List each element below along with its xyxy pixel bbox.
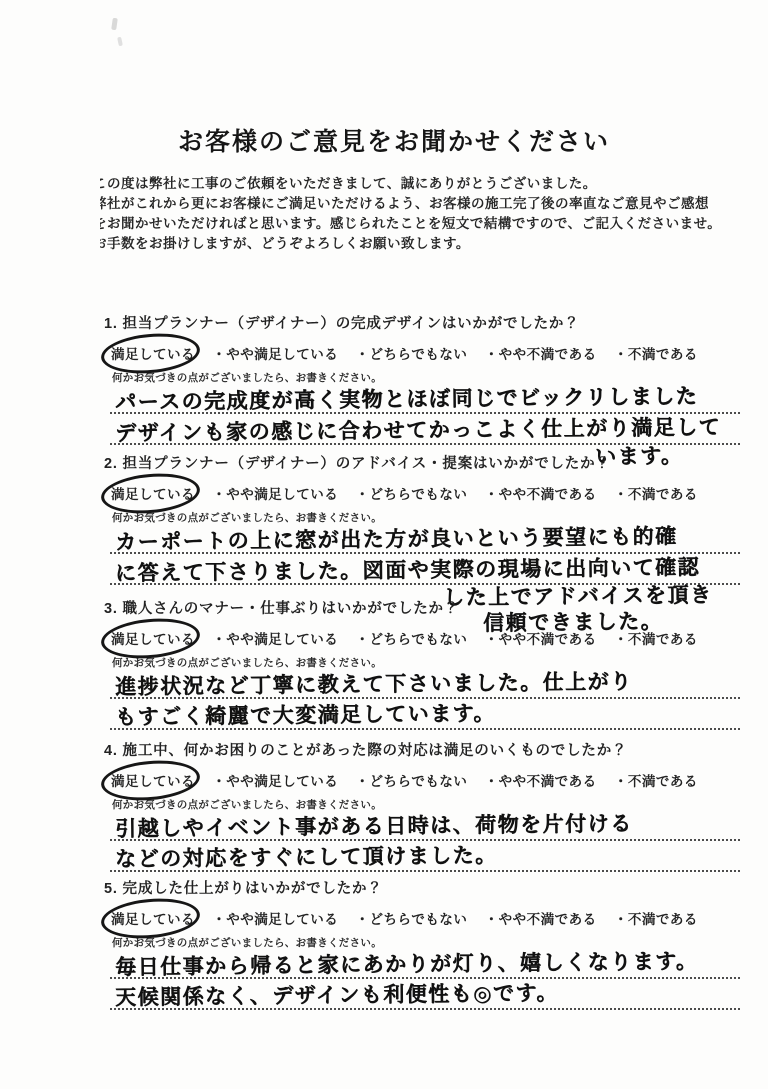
question-block-3: 3. 職人さんのマナー・仕事ぶりはいかがでしたか？ 満足している ・やや満足して… [0,597,768,730]
option-satisfied-selected: 満足している [111,483,195,503]
handwritten-answer: カーポートの上に窓が出た方が良いという要望にも的確 [115,520,678,556]
question-text: 担当プランナー（デザイナー）のアドバイス・提案はいかがでしたか？ [123,456,611,472]
option-label: ・やや不満である [485,483,597,503]
option-label: ・やや満足している [212,343,338,363]
option-label: ・どちらでもない [356,343,468,363]
question-text: 施工中、何かお困りのことがあった際の対応は満足のいくものでしたか？ [123,743,628,759]
option-satisfied-selected: 満足している [111,770,195,790]
question-block-4: 4. 施工中、何かお困りのことがあった際の対応は満足のいくものでしたか？ 満足し… [0,739,768,872]
answer-writing-line: 引越しやイベント事がある日時は、荷物を片付ける [110,810,740,841]
option-label: ・やや満足している [212,770,338,790]
option-label: ・やや満足している [212,628,338,648]
answer-writing-line: 天候関係なく、デザインも利便性も◎です。 [110,979,740,1010]
option-label: ・不満である [614,908,698,928]
question-title: 2. 担当プランナー（デザイナー）のアドバイス・提案はいかがでしたか？ [104,452,768,470]
scan-artifact [111,18,118,31]
question-title: 1. 担当プランナー（デザイナー）の完成デザインはいかがでしたか？ [104,312,768,330]
intro-line: この度は弊社に工事のご依頼をいただきまして、誠にありがとうございました。 [100,174,748,194]
question-number: 5. [104,881,118,897]
option-label: ・やや満足している [212,908,338,928]
question-block-5: 5. 完成した仕上がりはいかがでしたか？ 満足している ・やや満足している ・ど… [0,877,768,1010]
intro-line: 弊社がこれから更にお客様にご満足いただけるよう、お客様の施工完了後の率直なご意見… [100,194,748,214]
options-row: 満足している ・やや満足している ・どちらでもない ・やや不満である ・不満であ… [111,908,768,927]
intro-line: をお聞かせいただければと思います。感じられたことを短文で結構ですので、ご記入くだ… [100,214,748,234]
answer-writing-line: 毎日仕事から帰ると家にあかりが灯り、嬉しくなります。 [110,948,740,979]
handwritten-answer: 天候関係なく、デザインも利便性も◎です。 [115,977,559,1012]
option-label: 満足している [111,347,195,362]
option-satisfied-selected: 満足している [111,343,195,363]
option-label: ・不満である [614,483,698,503]
option-label: ・やや不満である [485,343,597,363]
option-label: ・どちらでもない [356,483,468,503]
answer-writing-line: カーポートの上に窓が出た方が良いという要望にも的確 [110,523,740,554]
question-block-2: 2. 担当プランナー（デザイナー）のアドバイス・提案はいかがでしたか？ 満足して… [0,452,768,585]
option-label: ・不満である [614,343,698,363]
option-label: ・不満である [614,628,698,648]
answer-writing-line: もすごく綺麗で大変満足しています。 [110,699,740,730]
question-number: 4. [104,743,118,759]
note-prompt: 何かお気づきの点がございましたら、お書きください。 [112,655,768,668]
option-label: ・不満である [614,770,698,790]
option-label: ・どちらでもない [356,770,468,790]
answer-writing-line: などの対応をすぐにして頂けました。 [110,841,740,872]
option-label: 満足している [111,487,195,502]
page-title: お客様のご意見をお聞かせください [34,122,754,158]
options-row: 満足している ・やや満足している ・どちらでもない ・やや不満である ・不満であ… [111,628,768,647]
option-label: ・やや不満である [485,908,597,928]
answer-writing-line: パースの完成度が高く実物とほぼ同じでビックリしました [110,383,740,414]
handwritten-answer: 進捗状況など丁寧に教えて下さいました。仕上がり [115,665,633,700]
question-title: 4. 施工中、何かお困りのことがあった際の対応は満足のいくものでしたか？ [104,739,768,757]
question-number: 3. [104,601,118,617]
option-satisfied-selected: 満足している [111,908,195,928]
question-text: 完成した仕上がりはいかがでしたか？ [123,881,383,897]
question-number: 1. [104,316,118,332]
option-label: ・どちらでもない [356,908,468,928]
note-prompt: 何かお気づきの点がございましたら、お書きください。 [112,797,768,810]
answer-writing-line: 進捗状況など丁寧に教えて下さいました。仕上がり [110,668,740,699]
scan-artifact [117,37,123,47]
handwritten-answer: もすごく綺麗で大変満足しています。 [115,697,496,731]
option-label: 満足している [111,632,195,647]
intro-line: お手数をお掛けしますが、どうぞよろしくお願い致します。 [100,234,748,254]
intro-paragraph: この度は弊社に工事のご依頼をいただきまして、誠にありがとうございました。 弊社が… [100,174,748,254]
question-text: 担当プランナー（デザイナー）の完成デザインはいかがでしたか？ [123,316,580,332]
option-label: ・どちらでもない [356,628,468,648]
handwritten-answer: 引越しやイベント事がある日時は、荷物を片付ける [115,807,633,842]
question-title: 5. 完成した仕上がりはいかがでしたか？ [104,877,768,895]
option-label: ・やや満足している [212,483,338,503]
handwritten-answer: パースの完成度が高く実物とほぼ同じでビックリしました [115,380,698,416]
option-label: 満足している [111,774,195,789]
question-block-1: 1. 担当プランナー（デザイナー）の完成デザインはいかがでしたか？ 満足している… [0,312,768,445]
scanned-questionnaire-page: お客様のご意見をお聞かせください この度は弊社に工事のご依頼をいただきまして、誠… [0,0,768,1089]
handwritten-answer: 毎日仕事から帰ると家にあかりが灯り、嬉しくなります。 [115,945,699,981]
option-label: 満足している [111,912,195,927]
question-title: 3. 職人さんのマナー・仕事ぶりはいかがでしたか？ [104,597,768,615]
option-satisfied-selected: 満足している [111,628,195,648]
option-label: ・やや不満である [485,770,597,790]
question-text: 職人さんのマナー・仕事ぶりはいかがでしたか？ [123,601,460,617]
options-row: 満足している ・やや満足している ・どちらでもない ・やや不満である ・不満であ… [111,343,768,362]
options-row: 満足している ・やや満足している ・どちらでもない ・やや不満である ・不満であ… [111,483,768,502]
options-row: 満足している ・やや満足している ・どちらでもない ・やや不満である ・不満であ… [111,770,768,789]
option-label: ・やや不満である [485,628,597,648]
handwritten-answer: などの対応をすぐにして頂けました。 [115,839,498,873]
question-number: 2. [104,456,118,472]
